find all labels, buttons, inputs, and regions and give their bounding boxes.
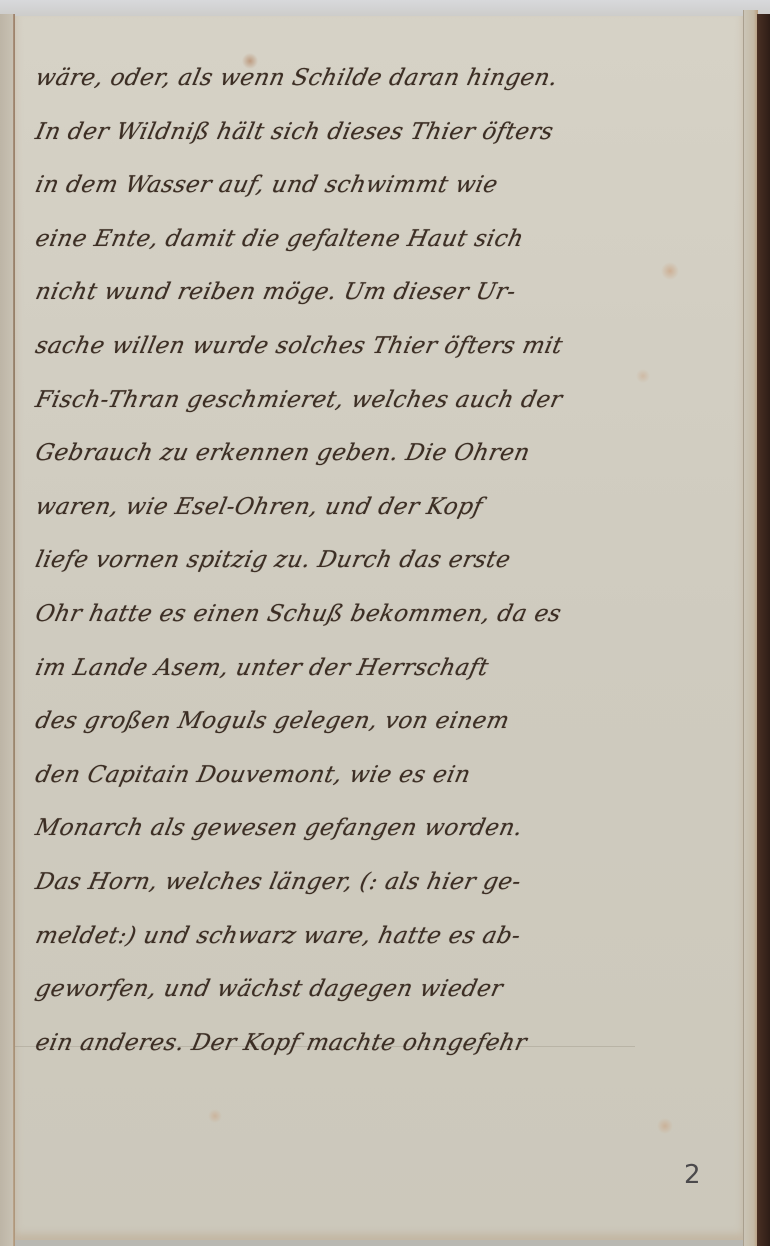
text-line: ein anderes. Der Kopf machte ohngefehr [30,1017,681,1071]
handwritten-text-block: wäre, oder, als wenn Schilde daran hinge… [30,52,670,1070]
text-line: meldet:) und schwarz ware, hatte es ab- [30,910,681,964]
text-line: geworfen, und wächst dagegen wieder [30,963,681,1017]
text-line: Das Horn, welches länger, (: als hier ge… [30,856,681,910]
text-line: wäre, oder, als wenn Schilde daran hinge… [30,52,681,106]
text-line: in dem Wasser auf, und schwimmt wie [30,159,681,213]
text-line: sache willen wurde solches Thier öfters … [30,320,681,374]
text-line: eine Ente, damit die gefaltene Haut sich [30,213,681,267]
text-line: In der Wildniß hält sich dieses Thier öf… [30,106,681,160]
text-line: liefe vornen spitzig zu. Durch das erste [30,534,681,588]
text-line: nicht wund reiben möge. Um dieser Ur- [30,266,681,320]
page-stack-edge [743,10,758,1246]
text-line: Fisch-Thran geschmieret, welches auch de… [30,374,681,428]
text-line: den Capitain Douvemont, wie es ein [30,749,681,803]
text-line: Ohr hatte es einen Schuß bekommen, da es [30,588,681,642]
text-line: Gebrauch zu erkennen geben. Die Ohren [30,427,681,481]
page-number: 2 [684,1160,701,1190]
book-cover-edge [757,14,770,1246]
text-line: Monarch als gewesen gefangen worden. [30,802,681,856]
text-line: im Lande Asem, unter der Herrschaft [30,642,681,696]
text-line: waren, wie Esel-Ohren, und der Kopf [30,481,681,535]
text-line: des großen Moguls gelegen, von einem [30,695,681,749]
